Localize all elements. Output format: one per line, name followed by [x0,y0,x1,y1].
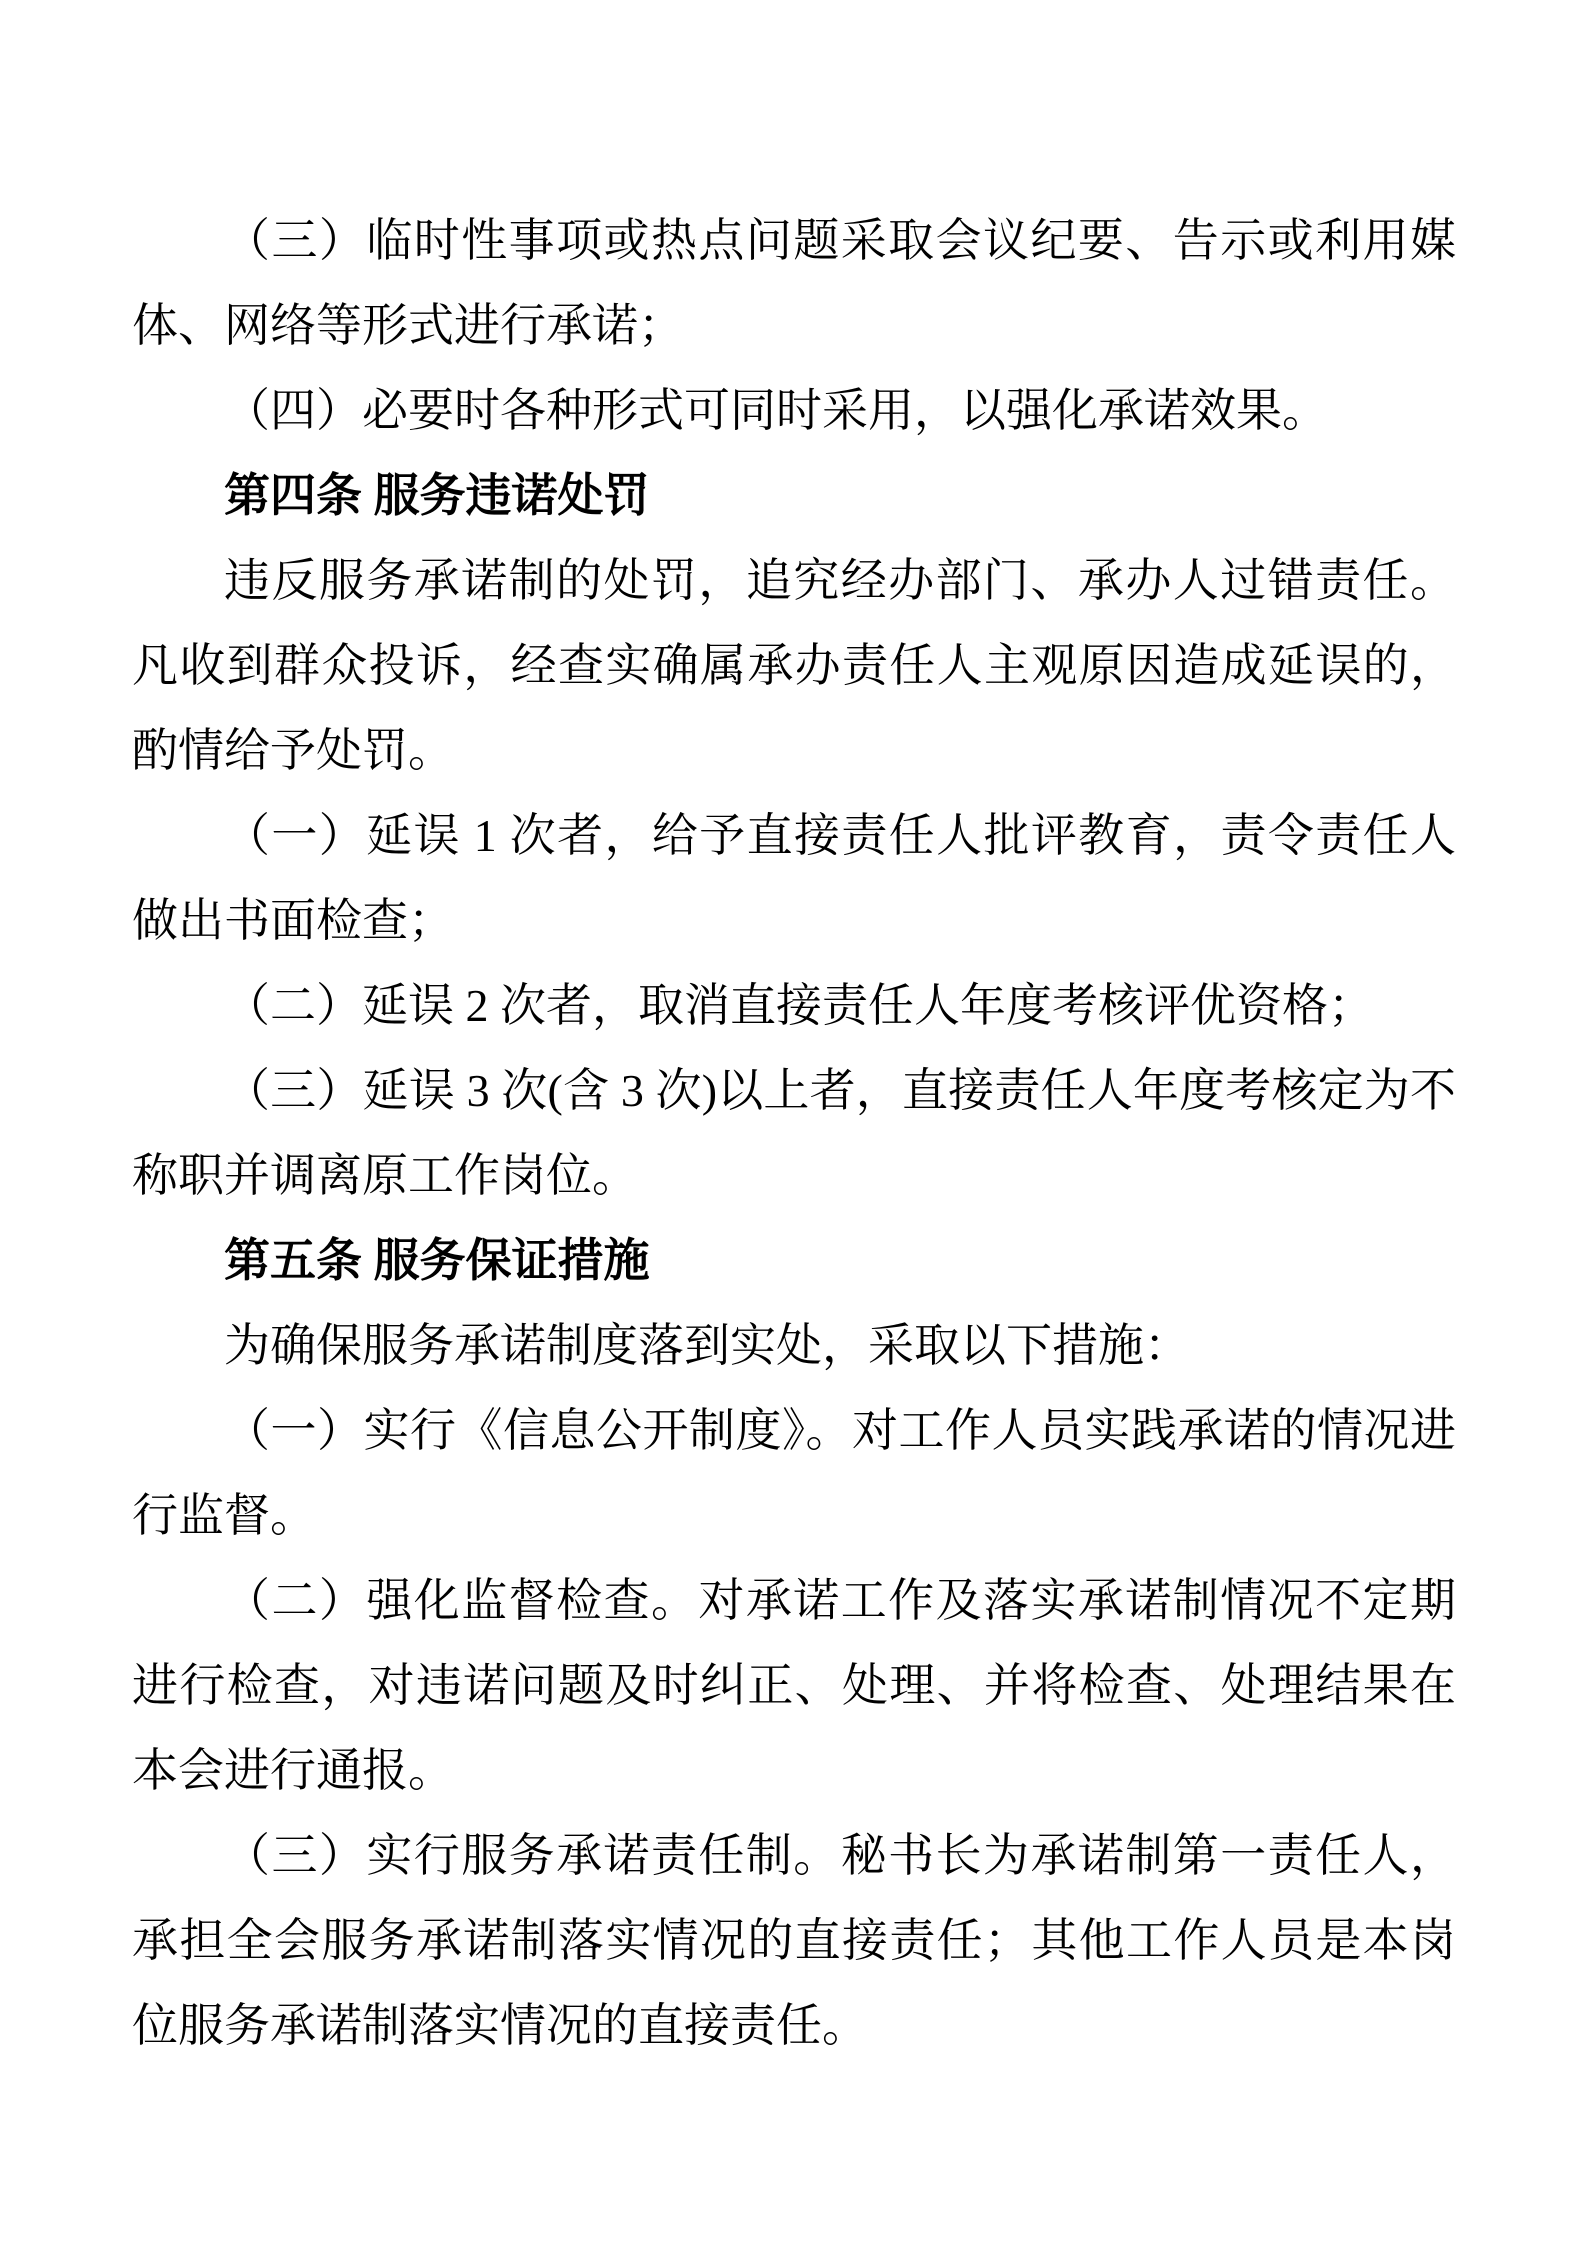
paragraph-measure-1: （一）实行《信息公开制度》。对工作人员实践承诺的情况进行监督。 [132,1388,1456,1558]
section-heading-article-5: 第五条 服务保证措施 [132,1218,1456,1303]
paragraph-article-5-intro: 为确保服务承诺制度落到实处，采取以下措施： [132,1303,1456,1388]
paragraph-penalty-1: （一）延误 1 次者，给予直接责任人批评教育，责令责任人做出书面检查； [132,793,1456,963]
paragraph-measure-3: （三）实行服务承诺责任制。秘书长为承诺制第一责任人，承担全会服务承诺制落实情况的… [132,1813,1456,2068]
paragraph-item-4: （四）必要时各种形式可同时采用，以强化承诺效果。 [132,368,1456,453]
paragraph-penalty-2: （二）延误 2 次者，取消直接责任人年度考核评优资格； [132,963,1456,1048]
paragraph-item-3: （三）临时性事项或热点问题采取会议纪要、告示或利用媒体、网络等形式进行承诺； [132,198,1456,368]
section-heading-article-4: 第四条 服务违诺处罚 [132,453,1456,538]
paragraph-measure-2: （二）强化监督检查。对承诺工作及落实承诺制情况不定期进行检查，对违诺问题及时纠正… [132,1558,1456,1813]
document-page: （三）临时性事项或热点问题采取会议纪要、告示或利用媒体、网络等形式进行承诺； （… [0,0,1588,2245]
paragraph-penalty-3: （三）延误 3 次(含 3 次)以上者，直接责任人年度考核定为不称职并调离原工作… [132,1048,1456,1218]
paragraph-article-4-intro: 违反服务承诺制的处罚，追究经办部门、承办人过错责任。凡收到群众投诉，经查实确属承… [132,538,1456,793]
document-body: （三）临时性事项或热点问题采取会议纪要、告示或利用媒体、网络等形式进行承诺； （… [132,198,1456,2068]
